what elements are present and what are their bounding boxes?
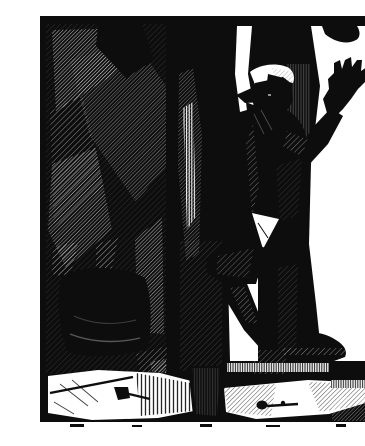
woodcut-illustration: Black-and-white wood engraving: a bearde…	[40, 16, 365, 430]
center-post	[178, 24, 238, 372]
corner-hatch-block	[332, 397, 365, 421]
eye-glint	[268, 94, 271, 96]
engraving-canvas	[40, 16, 365, 430]
left-wall-shadows	[46, 24, 180, 374]
pipe2-knot	[281, 401, 285, 405]
pipe2-bowl	[257, 401, 268, 410]
dark-bundle-shape	[59, 268, 151, 356]
